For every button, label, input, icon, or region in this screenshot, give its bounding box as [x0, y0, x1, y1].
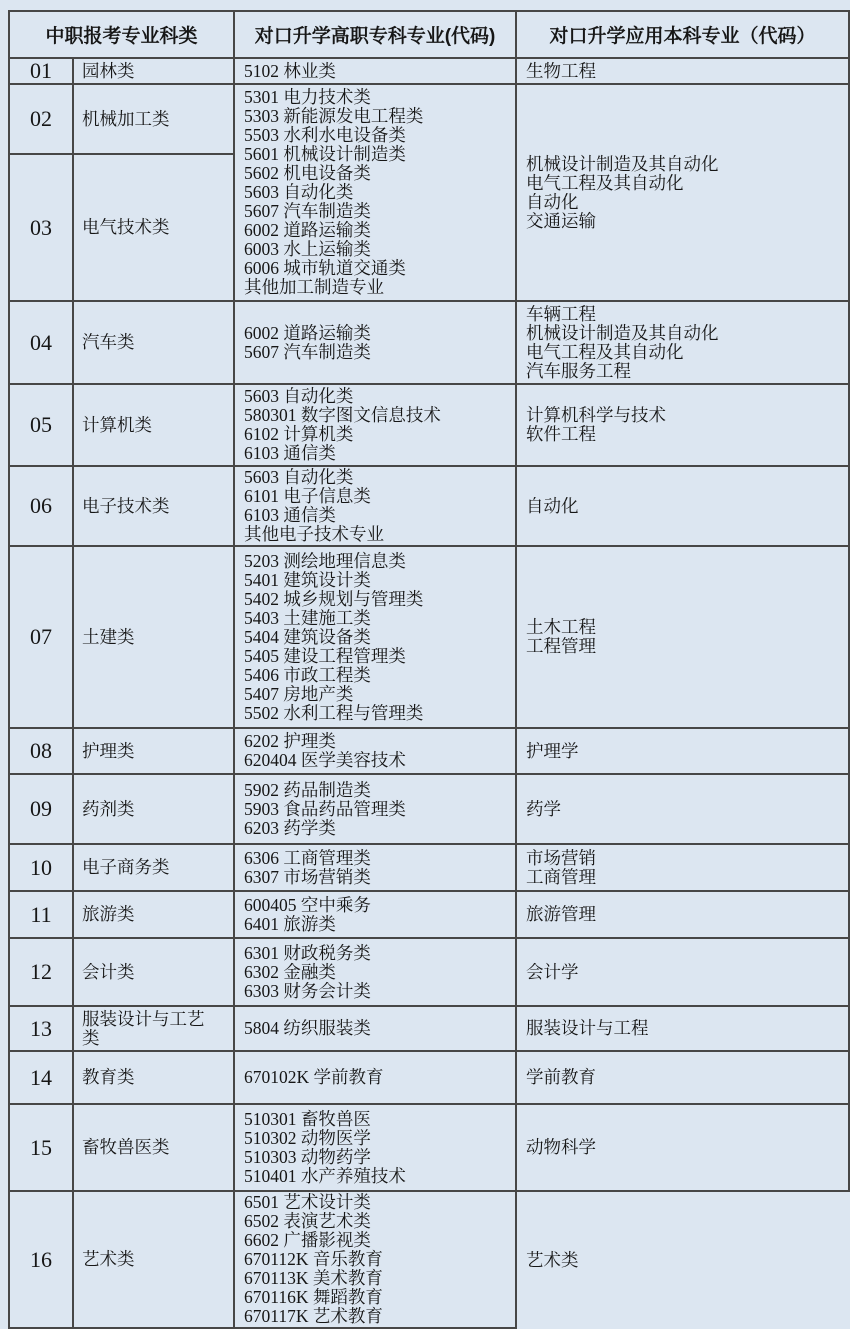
category-cell: 教育类: [73, 1051, 234, 1104]
major-mapping-table: 中职报考专业科类 对口升学高职专科专业(代码) 对口升学应用本科专业（代码） 0…: [8, 10, 850, 1319]
college-majors-cell: 6306 工商管理类 6307 市场营销类: [234, 844, 516, 891]
row-number-cell: 16: [9, 1191, 73, 1319]
category-cell: 畜牧兽医类: [73, 1104, 234, 1191]
category-cell: 电子技术类: [73, 466, 234, 546]
category-cell: 护理类: [73, 728, 234, 774]
header-cell-secondary-category: 中职报考专业科类: [9, 11, 234, 58]
category-cell: 艺术类: [73, 1191, 234, 1319]
row-number-cell: 10: [9, 844, 73, 891]
row-number-cell: 05: [9, 384, 73, 466]
table-row: 13 服装设计与工艺 类 5804 纺织服装类 服装设计与工程: [9, 1006, 849, 1051]
row-number-cell: 12: [9, 938, 73, 1006]
row-number-cell: 11: [9, 891, 73, 938]
table-row: 02 机械加工类 5301 电力技术类 5303 新能源发电工程类 5503 水…: [9, 84, 849, 154]
college-majors-cell: 670102K 学前教育: [234, 1051, 516, 1104]
category-cell: 服装设计与工艺 类: [73, 1006, 234, 1051]
bachelor-majors-cell: 自动化: [516, 466, 849, 546]
category-cell: 土建类: [73, 546, 234, 728]
row-number-cell: 07: [9, 546, 73, 728]
table-header-row: 中职报考专业科类 对口升学高职专科专业(代码) 对口升学应用本科专业（代码）: [9, 11, 849, 58]
bachelor-majors-cell: 艺术类: [516, 1191, 849, 1319]
category-cell: 药剂类: [73, 774, 234, 844]
category-cell: 机械加工类: [73, 84, 234, 154]
table-row: 10 电子商务类 6306 工商管理类 6307 市场营销类 市场营销 工商管理: [9, 844, 849, 891]
bachelor-majors-cell: 计算机科学与技术 软件工程: [516, 384, 849, 466]
table-row: 09 药剂类 5902 药品制造类 5903 食品药品管理类 6203 药学类 …: [9, 774, 849, 844]
row-number-cell: 09: [9, 774, 73, 844]
table-row: 01 园林类 5102 林业类 生物工程: [9, 58, 849, 84]
college-majors-cell: 5203 测绘地理信息类 5401 建筑设计类 5402 城乡规划与管理类 54…: [234, 546, 516, 728]
college-majors-cell: 6301 财政税务类 6302 金融类 6303 财务会计类: [234, 938, 516, 1006]
category-cell: 旅游类: [73, 891, 234, 938]
table-row: 11 旅游类 600405 空中乘务 6401 旅游类 旅游管理: [9, 891, 849, 938]
category-cell: 电气技术类: [73, 154, 234, 301]
bachelor-majors-cell: 车辆工程 机械设计制造及其自动化 电气工程及其自动化 汽车服务工程: [516, 301, 849, 384]
college-majors-cell: 5603 自动化类 580301 数字图文信息技术 6102 计算机类 6103…: [234, 384, 516, 466]
category-cell: 计算机类: [73, 384, 234, 466]
row-number-cell: 01: [9, 58, 73, 84]
bachelor-majors-cell: 学前教育: [516, 1051, 849, 1104]
college-majors-cell: 6002 道路运输类 5607 汽车制造类: [234, 301, 516, 384]
college-majors-cell: 5902 药品制造类 5903 食品药品管理类 6203 药学类: [234, 774, 516, 844]
row-number-cell: 14: [9, 1051, 73, 1104]
category-cell: 园林类: [73, 58, 234, 84]
bachelor-majors-cell: 生物工程: [516, 58, 849, 84]
row-number-cell: 06: [9, 466, 73, 546]
category-cell: 会计类: [73, 938, 234, 1006]
college-majors-cell: 5603 自动化类 6101 电子信息类 6103 通信类 其他电子技术专业: [234, 466, 516, 546]
table-row: 06 电子技术类 5603 自动化类 6101 电子信息类 6103 通信类 其…: [9, 466, 849, 546]
row-number-cell: 04: [9, 301, 73, 384]
bachelor-majors-cell: 机械设计制造及其自动化 电气工程及其自动化 自动化 交通运输: [516, 84, 849, 301]
table-row: 12 会计类 6301 财政税务类 6302 金融类 6303 财务会计类 会计…: [9, 938, 849, 1006]
table-row: 05 计算机类 5603 自动化类 580301 数字图文信息技术 6102 计…: [9, 384, 849, 466]
table-row: 14 教育类 670102K 学前教育 学前教育: [9, 1051, 849, 1104]
bachelor-majors-cell: 土木工程 工程管理: [516, 546, 849, 728]
category-cell: 电子商务类: [73, 844, 234, 891]
row-number-cell: 03: [9, 154, 73, 301]
college-majors-cell: 6202 护理类 620404 医学美容技术: [234, 728, 516, 774]
bachelor-majors-cell: 会计学: [516, 938, 849, 1006]
bachelor-majors-cell: 药学: [516, 774, 849, 844]
table-row: 07 土建类 5203 测绘地理信息类 5401 建筑设计类 5402 城乡规划…: [9, 546, 849, 728]
header-cell-bachelor-major: 对口升学应用本科专业（代码）: [516, 11, 849, 58]
table-row: 15 畜牧兽医类 510301 畜牧兽医 510302 动物医学 510303 …: [9, 1104, 849, 1191]
row-number-cell: 15: [9, 1104, 73, 1191]
bachelor-majors-cell: 动物科学: [516, 1104, 849, 1191]
college-majors-cell: 5804 纺织服装类: [234, 1006, 516, 1051]
college-majors-cell: 5301 电力技术类 5303 新能源发电工程类 5503 水利水电设备类 56…: [234, 84, 516, 301]
bachelor-majors-cell: 旅游管理: [516, 891, 849, 938]
table-row: 08 护理类 6202 护理类 620404 医学美容技术 护理学: [9, 728, 849, 774]
row-number-cell: 02: [9, 84, 73, 154]
category-cell: 汽车类: [73, 301, 234, 384]
college-majors-cell: 6501 艺术设计类 6502 表演艺术类 6602 广播影视类 670112K…: [234, 1191, 516, 1319]
college-majors-cell: 5102 林业类: [234, 58, 516, 84]
bachelor-majors-cell: 市场营销 工商管理: [516, 844, 849, 891]
bachelor-majors-cell: 服装设计与工程: [516, 1006, 849, 1051]
table-row: 04 汽车类 6002 道路运输类 5607 汽车制造类 车辆工程 机械设计制造…: [9, 301, 849, 384]
college-majors-cell: 510301 畜牧兽医 510302 动物医学 510303 动物药学 5104…: [234, 1104, 516, 1191]
row-number-cell: 08: [9, 728, 73, 774]
header-cell-college-major: 对口升学高职专科专业(代码): [234, 11, 516, 58]
bachelor-majors-cell: 护理学: [516, 728, 849, 774]
table-row: 16 艺术类 6501 艺术设计类 6502 表演艺术类 6602 广播影视类 …: [9, 1191, 849, 1319]
row-number-cell: 13: [9, 1006, 73, 1051]
college-majors-cell: 600405 空中乘务 6401 旅游类: [234, 891, 516, 938]
